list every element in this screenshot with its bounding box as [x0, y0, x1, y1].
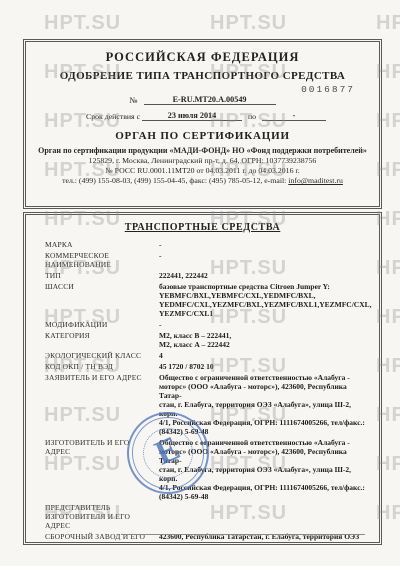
row-label: ШАССИ — [45, 282, 159, 318]
row-value: 4 — [159, 351, 365, 360]
watermark-text: HPT.SU — [376, 12, 400, 35]
validity-to-label: по — [248, 112, 256, 121]
vehicles-box: ТРАНСПОРТНЫЕ СРЕДСТВА МАРКА-КОММЕРЧЕСКОЕ… — [23, 212, 382, 545]
watermark-text: HPT.SU — [44, 12, 121, 35]
certification-body-details: Орган по сертификации продукции «МАДИ-ФО… — [26, 146, 379, 186]
row-value: базовые транспортные средства Citroen Ju… — [159, 282, 372, 318]
table-row: ШАССИбазовые транспортные средства Citro… — [45, 282, 365, 318]
table-row: КОММЕРЧЕСКОЕ НАИМЕНОВАНИЕ- — [45, 251, 365, 269]
row-value: М2, класс В – 222441, М2, класс А – 2224… — [159, 331, 365, 349]
table-row: МОДИФИКАЦИИ- — [45, 320, 365, 329]
row-label: КОД ОКП / ТН ВЭД — [45, 362, 159, 371]
validity-line: Срок действия с 23 июля 2014 по - — [26, 111, 379, 121]
vehicle-table: МАРКА-КОММЕРЧЕСКОЕ НАИМЕНОВАНИЕ-ТИП22244… — [26, 240, 379, 545]
header-box: РОССИЙСКАЯ ФЕДЕРАЦИЯ ОДОБРЕНИЕ ТИПА ТРАН… — [23, 39, 382, 209]
approval-number: E-RU.MT20.A.00549 — [173, 95, 247, 104]
approval-number-line: №E-RU.MT20.A.00549 — [26, 94, 379, 105]
row-value: 222441, 222442 — [159, 271, 365, 280]
table-row: МАРКА- — [45, 240, 365, 249]
row-label: КАТЕГОРИЯ — [45, 331, 159, 349]
fill-in-rule — [121, 534, 365, 535]
row-label: ПРЕДСТАВИТЕЛЬ ИЗГОТОВИТЕЛЯ И ЕГО АДРЕС — [45, 503, 159, 530]
validity-from-date: 23 июля 2014 — [168, 111, 216, 120]
certification-body-heading: ОРГАН ПО СЕРТИФИКАЦИИ — [26, 130, 379, 142]
row-value: - — [159, 240, 365, 249]
table-row: КОД ОКП / ТН ВЭД45 1720 / 8702 10 — [45, 362, 365, 371]
row-label: ЭКОЛОГИЧЕСКИЙ КЛАСС — [45, 351, 159, 360]
approval-number-field: E-RU.MT20.A.00549 — [144, 94, 276, 105]
serial-number: 0016877 — [301, 84, 355, 95]
validity-from-field: 23 июля 2014 — [142, 111, 242, 121]
row-label: МОДИФИКАЦИИ — [45, 320, 159, 329]
scanned-document-page: РОССИЙСКАЯ ФЕДЕРАЦИЯ ОДОБРЕНИЕ ТИПА ТРАН… — [0, 0, 400, 566]
table-row: ТИП222441, 222442 — [45, 271, 365, 280]
validity-to-field: - — [262, 111, 326, 121]
cert-org-email: info@maditest.ru — [288, 176, 343, 185]
table-row: ПРЕДСТАВИТЕЛЬ ИЗГОТОВИТЕЛЯ И ЕГО АДРЕС — [45, 503, 365, 530]
row-value: - — [159, 320, 365, 329]
row-label: ТИП — [45, 271, 159, 280]
row-label: КОММЕРЧЕСКОЕ НАИМЕНОВАНИЕ — [45, 251, 159, 269]
watermark-text: HPT.SU — [210, 12, 287, 35]
cert-org-contacts: тел.: (499) 155-08-03, (499) 155-04-45, … — [26, 176, 379, 186]
number-sign: № — [129, 95, 137, 105]
table-row: ЭКОЛОГИЧЕСКИЙ КЛАСС4 — [45, 351, 365, 360]
row-value: 45 1720 / 8702 10 — [159, 362, 365, 371]
validity-to-value: - — [293, 111, 296, 120]
cert-org-name: Орган по сертификации продукции «МАДИ-ФО… — [26, 146, 379, 156]
cert-org-registration: № РОСС RU.0001.11МТ20 от 04.03.2011 г. д… — [26, 166, 379, 176]
document-title: ОДОБРЕНИЕ ТИПА ТРАНСПОРТНОГО СРЕДСТВА — [26, 70, 379, 82]
cert-org-phones: тел.: (499) 155-08-03, (499) 155-04-45, … — [62, 176, 288, 185]
row-label: МАРКА — [45, 240, 159, 249]
table-row: КАТЕГОРИЯМ2, класс В – 222441, М2, класс… — [45, 331, 365, 349]
validity-prefix: Срок действия с — [86, 112, 140, 121]
stamp-letter: Е — [150, 430, 186, 474]
vehicles-heading: ТРАНСПОРТНЫЕ СРЕДСТВА — [26, 222, 379, 233]
row-value: - — [159, 251, 365, 269]
cert-org-address: 125829, г. Москва, Ленинградский пр-т, д… — [26, 156, 379, 166]
table-row: ЗАЯВИТЕЛЬ И ЕГО АДРЕСОбщество с ограниче… — [45, 373, 365, 436]
country-title: РОССИЙСКАЯ ФЕДЕРАЦИЯ — [26, 50, 379, 65]
row-value — [159, 503, 365, 530]
